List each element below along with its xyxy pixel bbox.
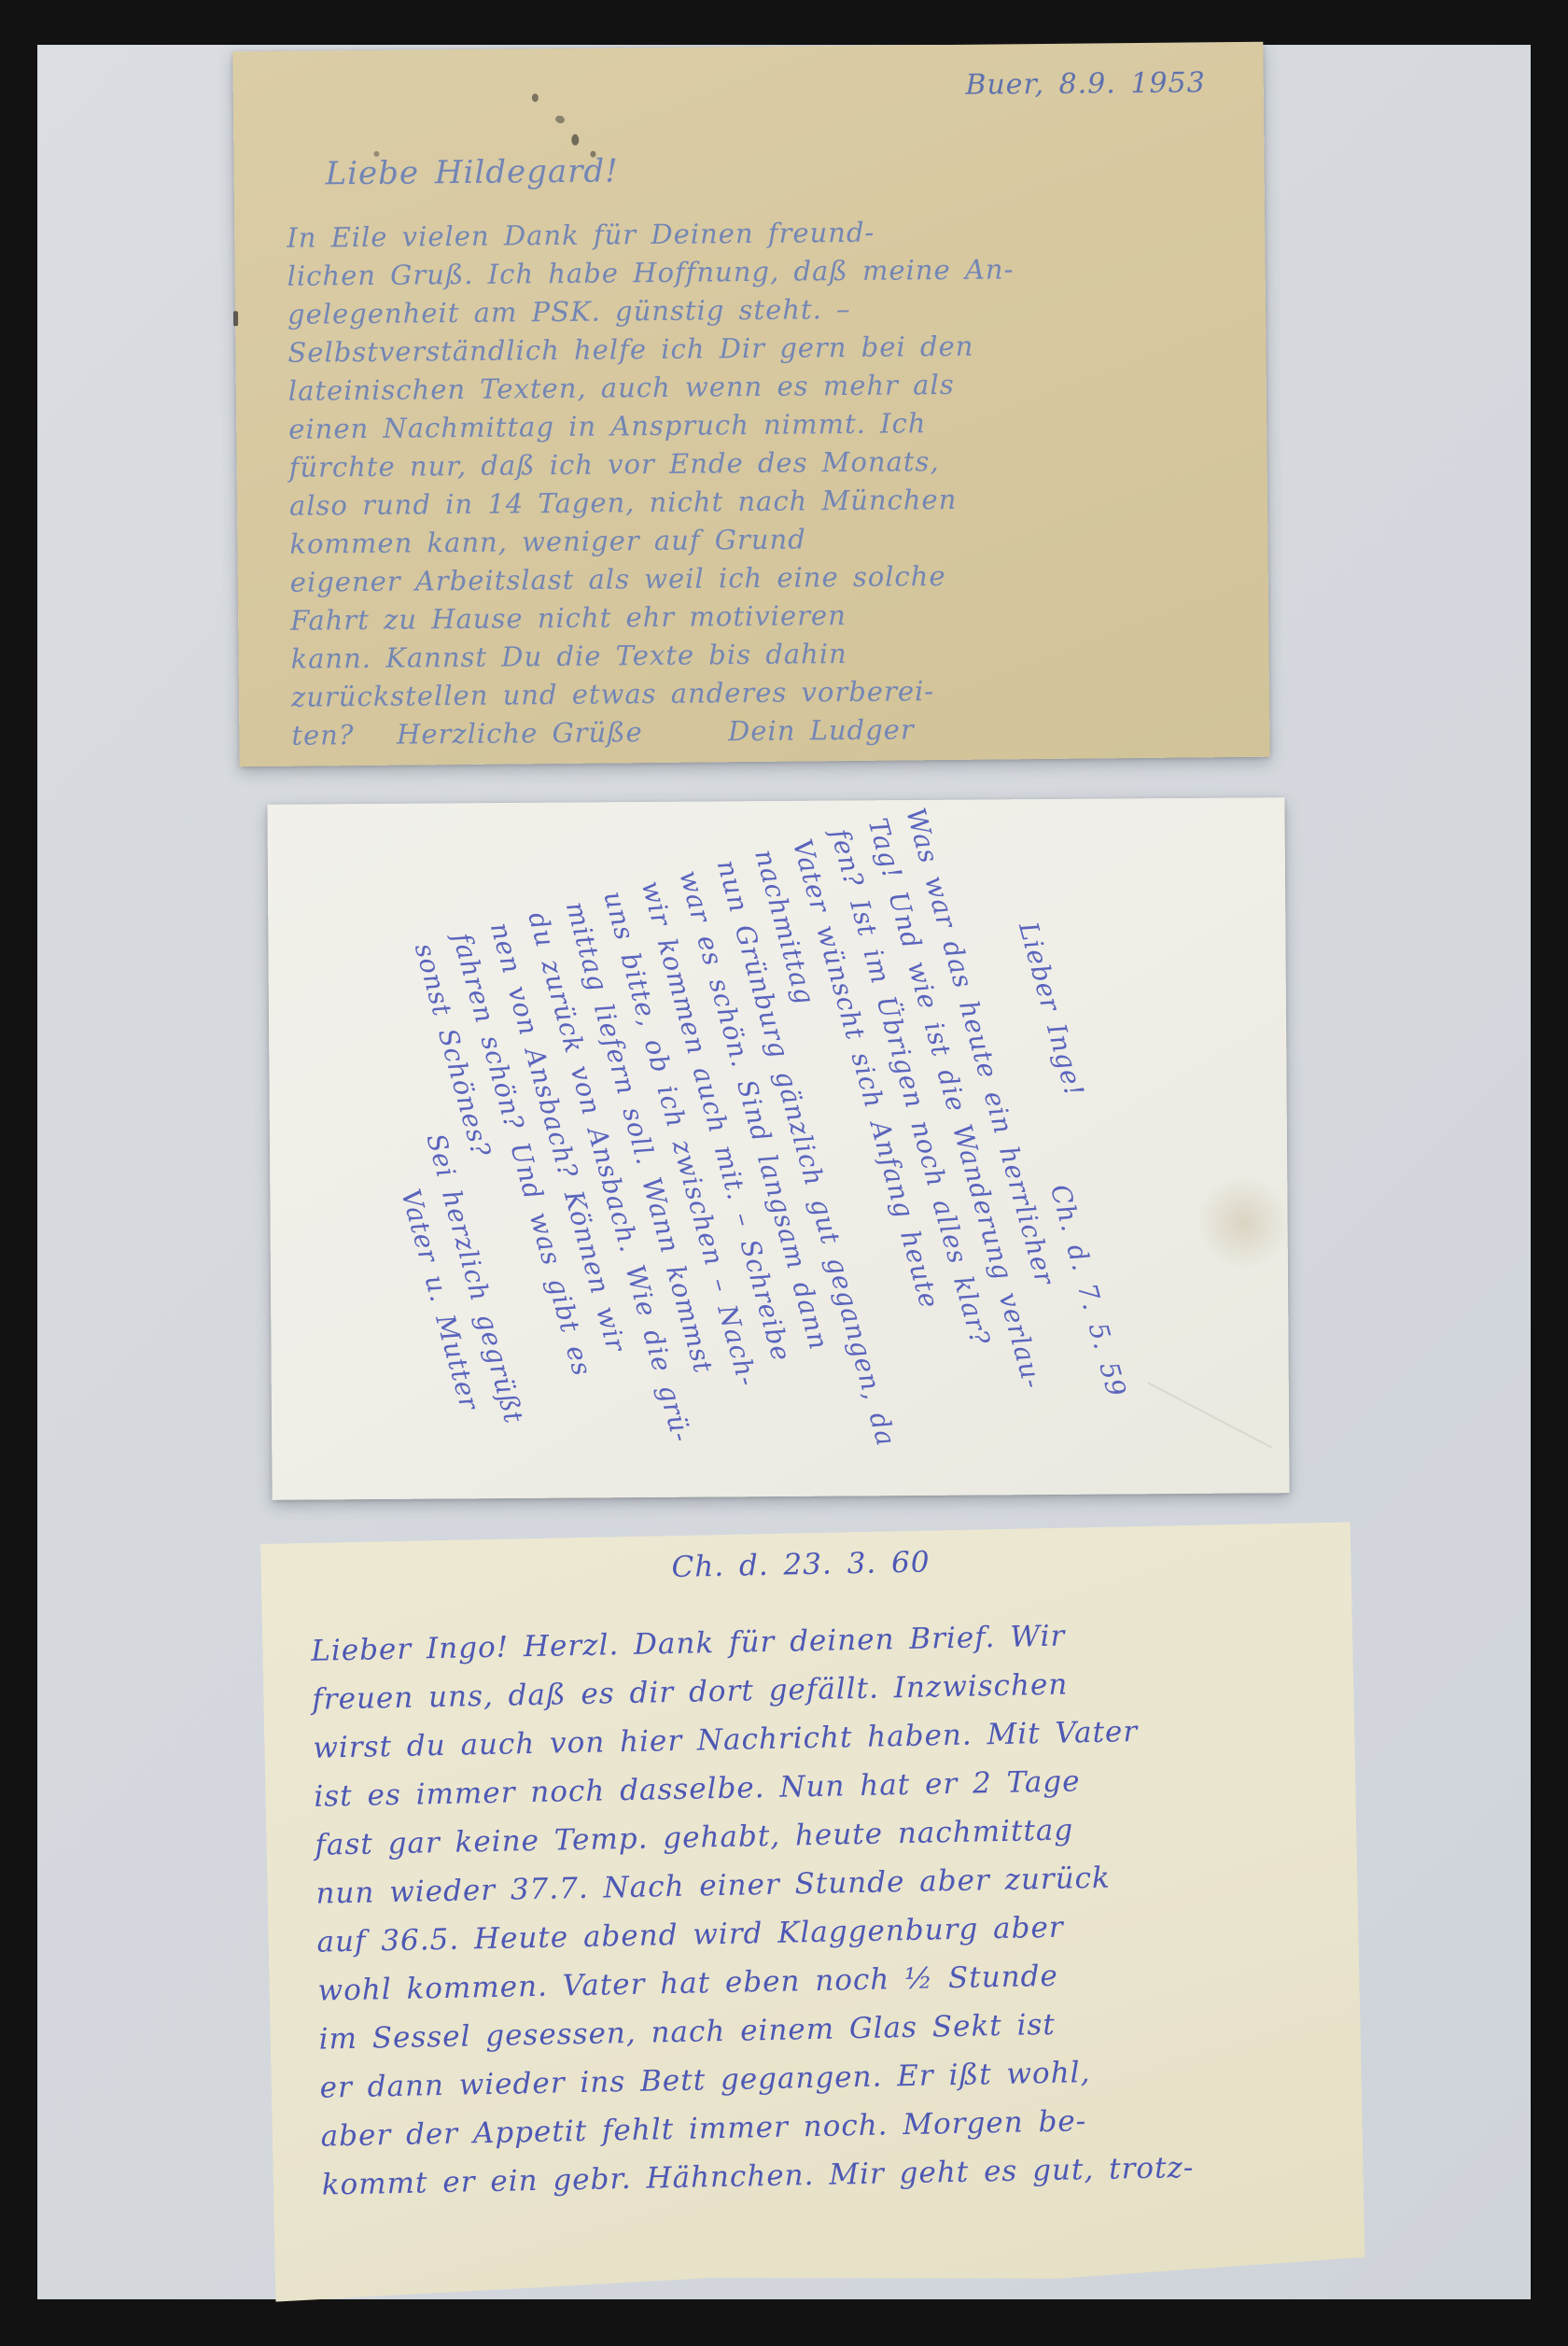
handwriting-line-closing: ten? Herzliche Grüße Dein Ludger xyxy=(291,708,1241,755)
diagonal-handwriting-block: Lieber Inge! Ch. d. 7. 5. 59 Was war das… xyxy=(329,797,1183,1500)
postcard-date: Buer, 8.9. 1953 xyxy=(965,66,1206,101)
postcard-salutation: Liebe Hildegard! xyxy=(325,152,619,192)
letter-1959: Lieber Inge! Ch. d. 7. 5. 59 Was war das… xyxy=(267,797,1289,1500)
postcard-1953: Buer, 8.9. 1953 Liebe Hildegard! In Eile… xyxy=(232,42,1269,767)
ink-smudge xyxy=(571,134,579,146)
ink-smudge xyxy=(532,93,539,102)
scanned-photo-frame: Buer, 8.9. 1953 Liebe Hildegard! In Eile… xyxy=(0,0,1568,2346)
letter60-date: Ch. d. 23. 3. 60 xyxy=(671,1545,931,1584)
paper-edge-mark xyxy=(233,311,238,326)
letter60-body: Lieber Ingo! Herzl. Dank für deinen Brie… xyxy=(311,1607,1339,2210)
letter-1960: Ch. d. 23. 3. 60 Lieber Ingo! Herzl. Dan… xyxy=(260,1522,1365,2301)
paper-stain xyxy=(1198,1171,1288,1274)
postcard-body: In Eile vielen Dank für Deinen freund- l… xyxy=(287,210,1241,755)
ink-smudge xyxy=(554,115,566,125)
